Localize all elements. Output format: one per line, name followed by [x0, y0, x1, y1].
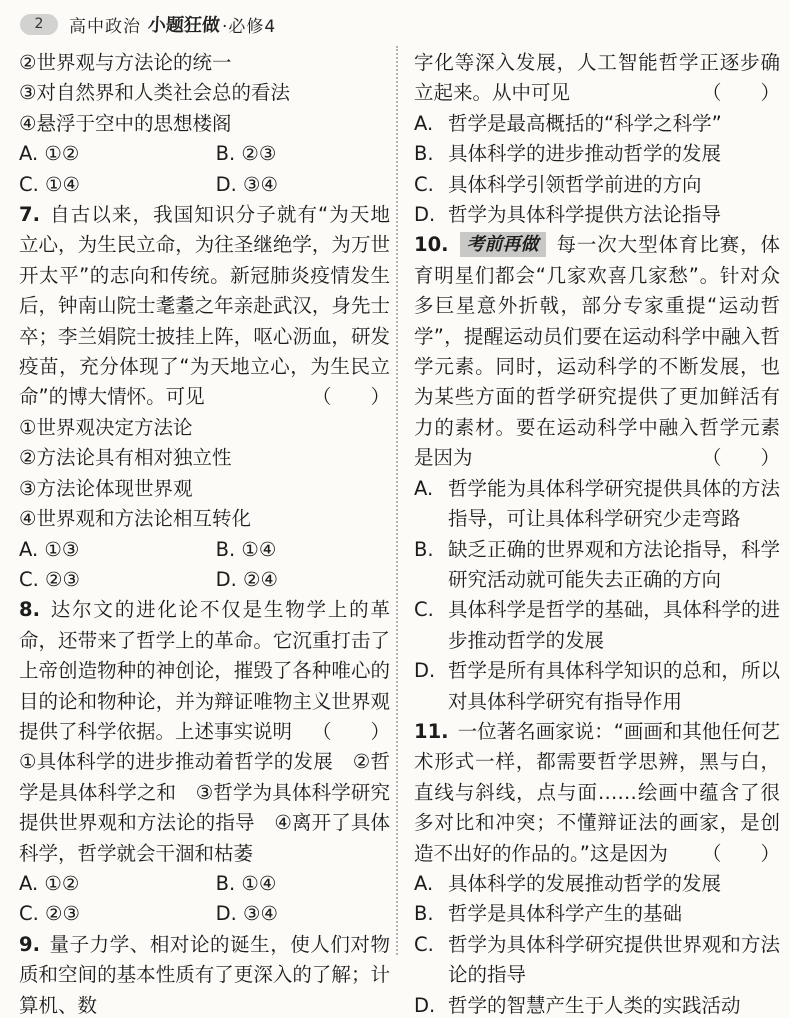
choice-label: D. — [414, 200, 448, 230]
choice-option: B.具体科学的进步推动哲学的发展 — [414, 139, 780, 169]
choice-option: A.哲学能为具体科学研究提供具体的方法指导，可让具体科学研究少走弯路 — [414, 474, 780, 535]
choice-option: C.具体科学是哲学的基础，具体科学的进步推动哲学的发展 — [414, 595, 780, 656]
choice-text: 哲学为具体科学提供方法论指导 — [448, 200, 780, 230]
choice-text: 哲学能为具体科学研究提供具体的方法指导，可让具体科学研究少走弯路 — [448, 474, 780, 535]
choice-option: A. ①③ — [19, 535, 216, 565]
page-number-badge: 2 — [20, 14, 58, 35]
choice-option: C.具体科学引领哲学前进的方向 — [414, 170, 780, 200]
choice-label: B. — [414, 139, 448, 169]
choice-option: A. ①② — [19, 139, 216, 169]
choice-label: D. — [414, 991, 448, 1018]
answer-bracket: （ ） — [702, 443, 780, 473]
choice-option: D.哲学的智慧产生于人类的实践活动 — [414, 991, 780, 1018]
column-divider — [396, 46, 398, 955]
choice-text: 具体科学引领哲学前进的方向 — [448, 170, 780, 200]
choice-text: 哲学的智慧产生于人类的实践活动 — [448, 991, 780, 1018]
choice-option: A.哲学是最高概括的“科学之科学” — [414, 109, 780, 139]
choice-option: A.具体科学的发展推动哲学的发展 — [414, 869, 780, 899]
choice-option: D.哲学为具体科学提供方法论指导 — [414, 200, 780, 230]
answer-bracket: （ ） — [702, 78, 780, 108]
choice-option: C.哲学为具体科学研究提供世界观和方法论的指导 — [414, 930, 780, 991]
edition-label: ·必修4 — [222, 12, 276, 37]
question-number: 8. — [19, 598, 40, 621]
question-number: 7. — [19, 203, 40, 226]
choice-label: C. — [414, 930, 448, 991]
choice-label: D. — [414, 656, 448, 717]
question-stem: 11.一位著名画家说：“画画和其他任何艺术形式一样，都需要哲学思辨，黑与白，直线… — [414, 717, 780, 869]
choice-option: D. ③④ — [216, 170, 390, 200]
choice-text: 具体科学的进步推动哲学的发展 — [448, 139, 780, 169]
stem-text: 自古以来，我国知识分子就有“为天地立心，为生民立命，为往圣继绝学，为万世开太平”… — [19, 203, 390, 408]
choices-grid: A. ①②B. ②③C. ①④D. ③④ — [19, 139, 390, 200]
answer-bracket: （ ） — [312, 382, 390, 412]
stem-text: 每一次大型体育比赛，体育明星们都会“几家欢喜几家愁”。针对众多巨星意外折戟，部分… — [414, 233, 780, 469]
choice-option: D. ③④ — [216, 899, 390, 929]
question-number: 9. — [19, 933, 40, 956]
choice-text: 哲学是具体科学产生的基础 — [448, 899, 780, 929]
question-stem: 10.考前再做每一次大型体育比赛，体育明星们都会“几家欢喜几家愁”。针对众多巨星… — [414, 230, 780, 473]
choice-text: 哲学为具体科学研究提供世界观和方法论的指导 — [448, 930, 780, 991]
page-header: 2 高中政治 小题狂做 ·必修4 — [20, 11, 276, 37]
choice-option: D.哲学是所有具体科学知识的总和，所以对具体科学研究有指导作用 — [414, 656, 780, 717]
choice-label: B. — [414, 535, 448, 596]
choice-text: 具体科学的发展推动哲学的发展 — [448, 869, 780, 899]
choice-text: 哲学是最高概括的“科学之科学” — [448, 109, 780, 139]
choice-label: B. — [414, 899, 448, 929]
subitem-line: ②世界观与方法论的统一 — [19, 48, 390, 78]
subitem-line: ③对自然界和人类社会总的看法 — [19, 78, 390, 108]
choice-option: A. ①② — [19, 869, 216, 899]
choice-option: B. ②③ — [216, 139, 390, 169]
choice-label: A. — [414, 109, 448, 139]
subitem-line: ④悬浮于空中的思想楼阁 — [19, 109, 390, 139]
choice-text: 具体科学是哲学的基础，具体科学的进步推动哲学的发展 — [448, 595, 780, 656]
subitem-line: ④世界观和方法论相互转化 — [19, 504, 390, 534]
right-column: 字化等深入发展，人工智能哲学正逐步确立起来。从中可见（ ）A.哲学是最高概括的“… — [414, 48, 780, 1018]
choice-option: B. ①④ — [216, 535, 390, 565]
subitem-line: ③方法论体现世界观 — [19, 474, 390, 504]
choice-option: B.缺乏正确的世界观和方法论指导，科学研究活动就可能失去正确的方向 — [414, 535, 780, 596]
choices-list: A.哲学是最高概括的“科学之科学”B.具体科学的进步推动哲学的发展C.具体科学引… — [414, 109, 780, 231]
choices-grid: A. ①③B. ①④C. ②③D. ②④ — [19, 535, 390, 596]
stem-text: ①具体科学的进步推动着哲学的发展 ②哲学是具体科学之和 ③哲学为具体科学研究提供… — [19, 750, 390, 864]
inline-subitems: ①具体科学的进步推动着哲学的发展 ②哲学是具体科学之和 ③哲学为具体科学研究提供… — [19, 747, 390, 869]
choices-list: A.具体科学的发展推动哲学的发展B.哲学是具体科学产生的基础C.哲学为具体科学研… — [414, 869, 780, 1018]
subject-title: 高中政治 — [69, 12, 141, 37]
subitem-line: ①世界观决定方法论 — [19, 413, 390, 443]
answer-bracket: （ ） — [312, 717, 390, 747]
workbook-page: 2 高中政治 小题狂做 ·必修4 ②世界观与方法论的统一③对自然界和人类社会总的… — [0, 0, 790, 1018]
choice-label: A. — [414, 474, 448, 535]
exam-badge: 考前再做 — [460, 232, 546, 257]
question-continuation: 字化等深入发展，人工智能哲学正逐步确立起来。从中可见（ ） — [414, 48, 780, 109]
subitem-group: ②世界观与方法论的统一③对自然界和人类社会总的看法④悬浮于空中的思想楼阁 — [19, 48, 390, 139]
left-column: ②世界观与方法论的统一③对自然界和人类社会总的看法④悬浮于空中的思想楼阁A. ①… — [19, 48, 390, 1018]
subitem-group: ①世界观决定方法论②方法论具有相对独立性③方法论体现世界观④世界观和方法论相互转… — [19, 413, 390, 535]
question-stem: 9.量子力学、相对论的诞生，使人们对物质和空间的基本性质有了更深入的了解；计算机… — [19, 930, 390, 1018]
choices-grid: A. ①②B. ①④C. ②③D. ③④ — [19, 869, 390, 930]
subitem-line: ②方法论具有相对独立性 — [19, 443, 390, 473]
choice-label: C. — [414, 170, 448, 200]
stem-text: 量子力学、相对论的诞生，使人们对物质和空间的基本性质有了更深入的了解；计算机、数 — [19, 933, 390, 1017]
choice-option: C. ②③ — [19, 899, 216, 929]
question-stem: 7.自古以来，我国知识分子就有“为天地立心，为生民立命，为往圣继绝学，为万世开太… — [19, 200, 390, 413]
brand-logo: 小题狂做 — [147, 11, 220, 37]
question-number: 11. — [414, 720, 449, 743]
choice-option: B. ①④ — [216, 869, 390, 899]
choice-option: B.哲学是具体科学产生的基础 — [414, 899, 780, 929]
choices-list: A.哲学能为具体科学研究提供具体的方法指导，可让具体科学研究少走弯路B.缺乏正确… — [414, 474, 780, 717]
choice-label: A. — [414, 869, 448, 899]
choice-label: C. — [414, 595, 448, 656]
choice-option: D. ②④ — [216, 565, 390, 595]
choice-option: C. ②③ — [19, 565, 216, 595]
choice-option: C. ①④ — [19, 170, 216, 200]
answer-bracket: （ ） — [702, 839, 780, 869]
question-number: 10. — [414, 233, 449, 256]
choice-text: 哲学是所有具体科学知识的总和，所以对具体科学研究有指导作用 — [448, 656, 780, 717]
question-stem: 8.达尔文的进化论不仅是生物学上的革命，还带来了哲学上的革命。它沉重打击了上帝创… — [19, 595, 390, 747]
choice-text: 缺乏正确的世界观和方法论指导，科学研究活动就可能失去正确的方向 — [448, 535, 780, 596]
